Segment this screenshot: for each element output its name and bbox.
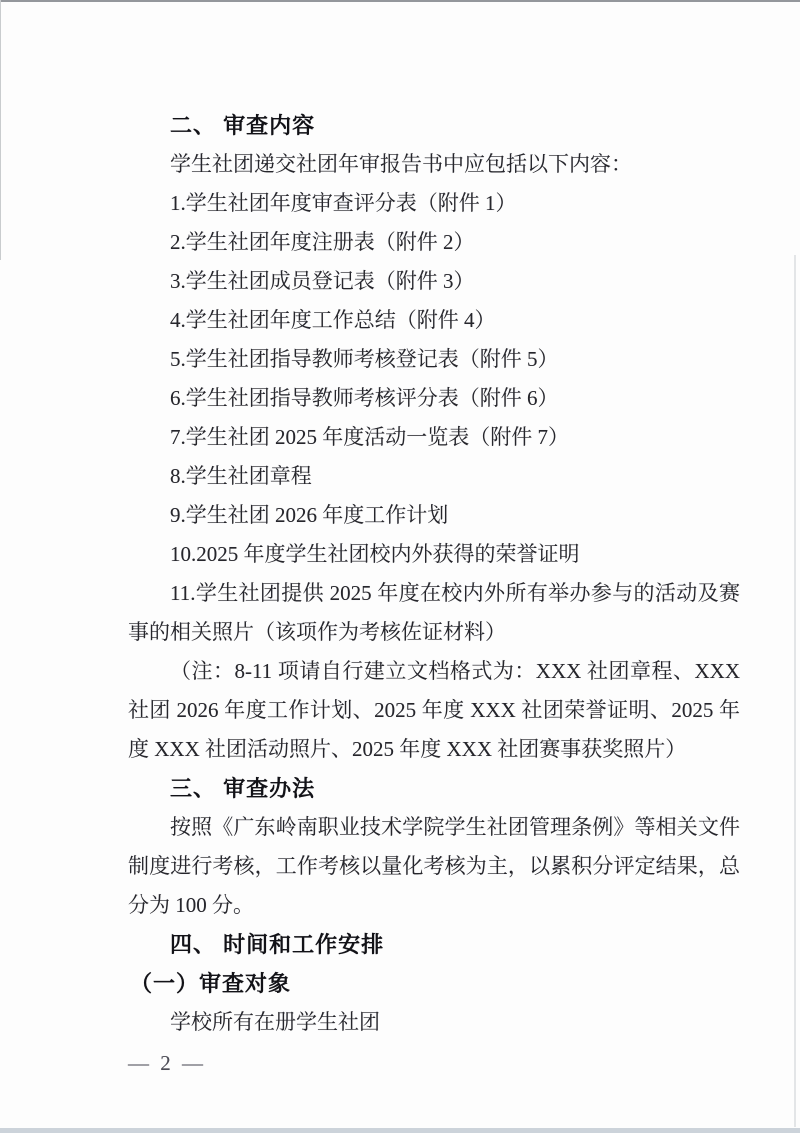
paragraph-note: （注：8-11 项请自行建立文档格式为：XXX 社团章程、XXX 社团 2026…	[128, 652, 740, 769]
document-body: 二、 审查内容 学生社团递交社团年审报告书中应包括以下内容： 1.学生社团年度审…	[128, 106, 740, 1042]
paragraph-report-requirements: 学生社团递交社团年审报告书中应包括以下内容：	[128, 145, 740, 184]
list-item-4: 4.学生社团年度工作总结（附件 4）	[128, 301, 740, 340]
list-item-10: 10.2025 年度学生社团校内外获得的荣誉证明	[128, 535, 740, 574]
subheading-review-target: （一）审查对象	[128, 964, 740, 1003]
scan-edge-left	[0, 0, 1, 260]
list-item-2: 2.学生社团年度注册表（附件 2）	[128, 223, 740, 262]
heading-schedule: 四、 时间和工作安排	[128, 925, 740, 964]
list-item-6: 6.学生社团指导教师考核评分表（附件 6）	[128, 379, 740, 418]
paragraph-review-method: 按照《广东岭南职业技术学院学生社团管理条例》等相关文件制度进行考核，工作考核以量…	[128, 808, 740, 925]
page-number: — 2 —	[128, 1051, 206, 1076]
heading-review-method: 三、 审查办法	[128, 769, 740, 808]
list-item-8: 8.学生社团章程	[128, 457, 740, 496]
list-item-7: 7.学生社团 2025 年度活动一览表（附件 7）	[128, 418, 740, 457]
list-item-11: 11.学生社团提供 2025 年度在校内外所有举办参与的活动及赛事的相关照片（该…	[128, 574, 740, 652]
paragraph-review-target: 学校所有在册学生社团	[128, 1003, 740, 1042]
list-item-1: 1.学生社团年度审查评分表（附件 1）	[128, 184, 740, 223]
scan-edge-right	[794, 255, 796, 1127]
scanned-document-page: 二、 审查内容 学生社团递交社团年审报告书中应包括以下内容： 1.学生社团年度审…	[0, 0, 800, 1133]
list-item-3: 3.学生社团成员登记表（附件 3）	[128, 262, 740, 301]
list-item-5: 5.学生社团指导教师考核登记表（附件 5）	[128, 340, 740, 379]
scan-edge-bottom	[0, 1128, 800, 1133]
list-item-9: 9.学生社团 2026 年度工作计划	[128, 496, 740, 535]
scan-edge-top	[0, 0, 800, 2]
heading-review-content: 二、 审查内容	[128, 106, 740, 145]
